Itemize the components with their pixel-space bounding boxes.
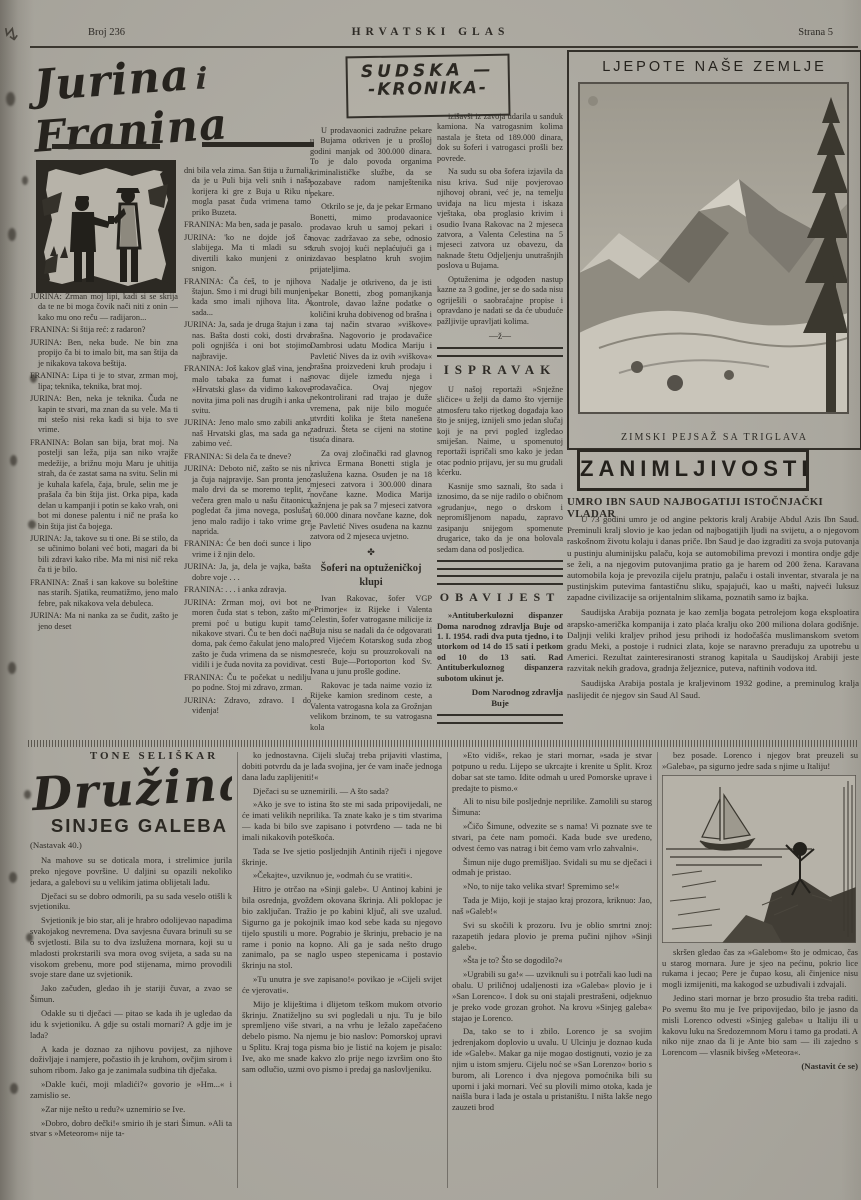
headline-underline xyxy=(202,142,314,147)
paragraph: Jako začuđen, gledao ih je stariji čuvar… xyxy=(30,983,232,1005)
paragraph: skršen gledao čas za »Galebom« što je od… xyxy=(662,947,858,990)
scan-blemish xyxy=(22,176,28,185)
paragraph: FRANINA: Ču te počekat u nedilju po podn… xyxy=(184,673,311,694)
headline-conjunction: i xyxy=(196,62,207,97)
obavijest-signature: Dom Narodnog zdravlja xyxy=(437,687,563,698)
double-rule xyxy=(437,714,563,724)
ispravak-paragraphs: U našoj reportaži »Snježne sličice« u že… xyxy=(437,385,563,555)
paragraph: »Dakle kući, moji mladići?« govorio je »… xyxy=(30,1079,232,1101)
story-col-1: TONE SELIŠKAR Družina SINJEG GALEBA (Nas… xyxy=(30,750,232,1190)
story-col1-paragraphs: Na mahove su se doticala mora, i strelim… xyxy=(30,855,232,1139)
mountain-photo xyxy=(578,82,849,414)
paragraph: Nadalje je otkriveno, da je isti pekar B… xyxy=(310,278,432,445)
paragraph: Kasnije smo saznali, što sada i iznosimo… xyxy=(437,482,563,555)
paragraph: U prodavaonici zadružne pekare u Bujama … xyxy=(310,126,432,199)
paragraph: »Ugrabili su ga!« — uzviknuli su i potrč… xyxy=(452,969,652,1023)
paragraph: »Čekajte«, uzviknuo je, »odmah ću se vra… xyxy=(242,870,442,881)
paragraph: »Zar nije nešto u redu?« uznemirio se Iv… xyxy=(30,1104,232,1115)
ibn-saud-article: U 73 godini umro je od angine pektoris k… xyxy=(567,514,859,740)
paragraph: »Šta je to? Što se dogodilo?« xyxy=(452,955,652,966)
paragraph: JURINA: Jeno malo smo zabili anka naš Hr… xyxy=(184,418,311,449)
ispravak-heading: ISPRAVAK xyxy=(437,362,563,378)
story-col-4: bez posade. Lorenco i njegov brat preuze… xyxy=(662,750,858,1190)
paragraph: »Antituberkulozni dispanzer Doma narodno… xyxy=(437,611,563,684)
paragraph: Ivan Rakovac, šofer VGP »Primorje« iz Ri… xyxy=(310,594,432,678)
paragraph: Da, tako se to i zbilo. Lorenco je sa sv… xyxy=(452,1026,652,1113)
paragraph: dni bila vela zima. San štija u žurnali,… xyxy=(184,166,311,218)
paragraph: JURINA: Ma ni nanka za se čudit, zašto j… xyxy=(30,611,178,632)
scan-blemish xyxy=(6,92,15,106)
paragraph: FRANINA: Znaš i san kakove su boleštine … xyxy=(30,578,178,609)
paragraph: FRANINA: Još kakov glaš vina, jeno malo … xyxy=(184,364,311,416)
scan-blemish xyxy=(8,228,16,241)
paragraph: Dječaci su se dobro odmorili, pa su sada… xyxy=(30,891,232,913)
story-col4-paragraphs: skršen gledao čas za »Galebom« što je od… xyxy=(662,947,858,1058)
zanimljivosti-headline-box: ZANIMLJIVOSTI xyxy=(577,449,809,491)
story-col-3: »Eto vidiš«, rekao je stari mornar, »sad… xyxy=(452,750,652,1190)
story-illustration xyxy=(662,775,856,943)
obavijest-heading: OBAVIJEST xyxy=(437,590,563,605)
court-col2-paragraphs: izišavši iz zavoja udarila u sanduk kami… xyxy=(437,112,563,327)
paragraph: »Eto vidiš«, rekao je stari mornar, »sad… xyxy=(452,750,652,793)
paragraph: Na sudu su oba šofera izjavila da nisu k… xyxy=(437,167,563,272)
sudska-kronika-logo: SUDSKA — -KRONIKA- xyxy=(345,54,510,119)
paragraph: »Tu unutra je sve zapisano!« povikao je … xyxy=(242,974,442,996)
dash-ornament: —ž— xyxy=(437,331,563,342)
court-col1-bottom: Ivan Rakovac, šofer VGP »Primorje« iz Ri… xyxy=(310,594,432,733)
scan-blemish xyxy=(10,1083,18,1094)
paragraph: JURINA: Zrman moj, ovi bot ne moren čuda… xyxy=(184,598,311,671)
paragraph: Svi su skočili k prozoru. Ivu je oblio s… xyxy=(452,920,652,953)
scan-blemish xyxy=(10,455,17,466)
logo-line-2: -KRONIKA- xyxy=(348,78,508,101)
paragraph: Na mahove su se doticala mora, i strelim… xyxy=(30,855,232,888)
paragraph: »Dobro, dobro dečki!« smirio ih je stari… xyxy=(30,1118,232,1140)
paragraph: Tada se Ive sjetio posljednjih Antinih r… xyxy=(242,846,442,868)
paragraph: JURINA: Zrman moj lipi, kadi si se skrij… xyxy=(30,292,178,323)
ljepote-title: LJEPOTE NAŠE ZEMLJE xyxy=(569,59,860,75)
paragraph: Ali to nisu bile posljednje neprilike. Z… xyxy=(452,796,652,818)
paragraph: FRANINA: Ma ben, sada je pasalo. xyxy=(184,220,311,230)
zanimljivosti-title: ZANIMLJIVOSTI xyxy=(580,452,806,486)
paragraph: Otkrilo se je, da je pekar Ermano Bonett… xyxy=(310,202,432,275)
column-rule xyxy=(447,752,448,1188)
paragraph: JURINA: Zdravo, zdravo. I do viđenja! xyxy=(184,696,311,717)
header-rule xyxy=(30,46,858,48)
ljepote-photo-box: LJEPOTE NAŠE ZEMLJE xyxy=(567,50,861,450)
scan-blemish xyxy=(9,872,17,883)
paragraph: U našoj reportaži »Snježne sličice« u že… xyxy=(437,385,563,479)
paragraph: Hitro je otrčao na »Sinji galeb«. U Anti… xyxy=(242,884,442,971)
paragraph: JURINA: Ja, ja, dela je vajka, bašta dob… xyxy=(184,562,311,583)
paragraph: U 73 godini umro je od angine pektoris k… xyxy=(567,514,859,603)
paragraph: Za ovaj zločinački rad glavnog krivca Er… xyxy=(310,449,432,543)
story-col4-intro: bez posade. Lorenco i njegov brat preuze… xyxy=(662,750,858,772)
paragraph: »No, to nije tako velika stvar! Spremimo… xyxy=(452,881,652,892)
to-be-continued: (Nastavit će se) xyxy=(662,1061,858,1072)
obavijest-paragraphs: »Antituberkulozni dispanzer Doma narodno… xyxy=(437,611,563,684)
double-rule xyxy=(437,347,563,357)
double-rule xyxy=(437,575,563,585)
headline-word-jurina: Jurina xyxy=(32,51,191,112)
photo-caption: ZIMSKI PEJSAŽ SA TRIGLAVA xyxy=(569,432,860,443)
paragraph: Tada je Mijo, koji je stajao kraj prozor… xyxy=(452,895,652,917)
newspaper-page: { "page": { "colors": {"paper": "#b2afa6… xyxy=(0,0,861,1200)
paragraph: JURINA: Ben, neka bude. Ne bin zna propi… xyxy=(30,338,178,369)
paragraph: Jedino stari mornar je brzo prosudio šta… xyxy=(662,993,858,1058)
paragraph: ko jednostavna. Cijeli slučaj treba prij… xyxy=(242,750,442,783)
continuation-note: (Nastavak 40.) xyxy=(30,840,232,851)
story-col-2: ko jednostavna. Cijeli slučaj treba prij… xyxy=(242,750,442,1190)
paragraph: FRANINA: Lipa ti je to stvar, zrman moj,… xyxy=(30,371,178,392)
column-rule xyxy=(657,752,658,1188)
soferi-subhead: Šoferi na optuženičkoj klupi xyxy=(310,562,432,589)
paragraph: Šimun nije dugo premišljao. Svidali su m… xyxy=(452,857,652,879)
scan-blemish xyxy=(8,662,16,674)
woodcut-illustration xyxy=(36,160,176,293)
column-rule xyxy=(237,752,238,1188)
paragraph: Optuženima je odgođen nastup kazne za 3 … xyxy=(437,275,563,327)
paragraph: JURINA: 'ko ne dojde još ča slabijega. M… xyxy=(184,233,311,275)
paragraph: izišavši iz zavoja udarila u sanduk kami… xyxy=(437,112,563,164)
court-col1-top: U prodavaonici zadružne pekare u Bujama … xyxy=(310,126,432,543)
court-chronicle-col-2: izišavši iz zavoja udarila u sanduk kami… xyxy=(437,112,563,742)
paragraph: FRANINA: Ča ćeš, to je njihova štajun. S… xyxy=(184,277,311,319)
masthead-title: HRVATSKI GLAS xyxy=(0,26,861,38)
paragraph: Odakle su ti dječaci — pitao se kada ih … xyxy=(30,1008,232,1041)
paragraph: »Čičo Šimune, odvezite se s nama! Vi poz… xyxy=(452,821,652,854)
paragraph: Svjetionik je bio star, ali je hrabro od… xyxy=(30,915,232,980)
section-divider xyxy=(28,740,858,747)
paragraph: Saudijska Arabija poznata je kao zemlja … xyxy=(567,607,859,674)
paragraph: »Ako je sve to istina što ste mi sada pr… xyxy=(242,799,442,842)
story-title: Družina xyxy=(31,755,232,824)
court-chronicle-col-1: U prodavaonici zadružne pekare u Bujama … xyxy=(310,126,432,742)
paragraph: A kada je doznao za njihovu povijest, za… xyxy=(30,1044,232,1077)
paragraph: JURINA: Deboto nič, zašto se nis ni ja č… xyxy=(184,464,311,537)
paragraph: FRANINA: Si štija reć: z radaron? xyxy=(30,325,178,335)
paragraph: Mijo je kliještima i dlijetom teškom muk… xyxy=(242,999,442,1075)
paragraph: FRANINA: Će ben doći sunce i lipo vrime … xyxy=(184,539,311,560)
jurina-dialogue-col-left: JURINA: Zrman moj lipi, kadi si se skrij… xyxy=(30,292,178,742)
jurina-dialogue-col-right: dni bila vela zima. San štija u žurnali,… xyxy=(184,166,311,741)
paragraph: Rakovac je tada naime vozio iz Rijeke ka… xyxy=(310,681,432,733)
paragraph: Dječaci su se uznemirili. — A što sada? xyxy=(242,786,442,797)
paragraph: Saudijska Arabija postala je kraljevinom… xyxy=(567,678,859,700)
paragraph: FRANINA: Si dela ča te dneve? xyxy=(184,452,311,462)
paragraph: JURINA: Ben, neka je teknika. Čuda ne ka… xyxy=(30,394,178,436)
jurina-franina-headline: JurinaiFranina xyxy=(34,56,314,158)
paragraph: JURINA: Ja, takove su ti one. Bi se stil… xyxy=(30,534,178,576)
double-rule xyxy=(437,560,563,570)
paragraph: JURINA: Ja, sada je druga štajun i za na… xyxy=(184,320,311,362)
paragraph: FRANINA: . . . i anka zdravja. xyxy=(184,585,311,595)
paragraph: FRANINA: Bolan san bija, brat moj. Na po… xyxy=(30,438,178,532)
flower-ornament: ✤ xyxy=(310,547,432,558)
obavijest-signature-place: Buje xyxy=(437,698,563,709)
headline-underline xyxy=(52,144,160,149)
page-number: Strana 5 xyxy=(798,27,833,38)
